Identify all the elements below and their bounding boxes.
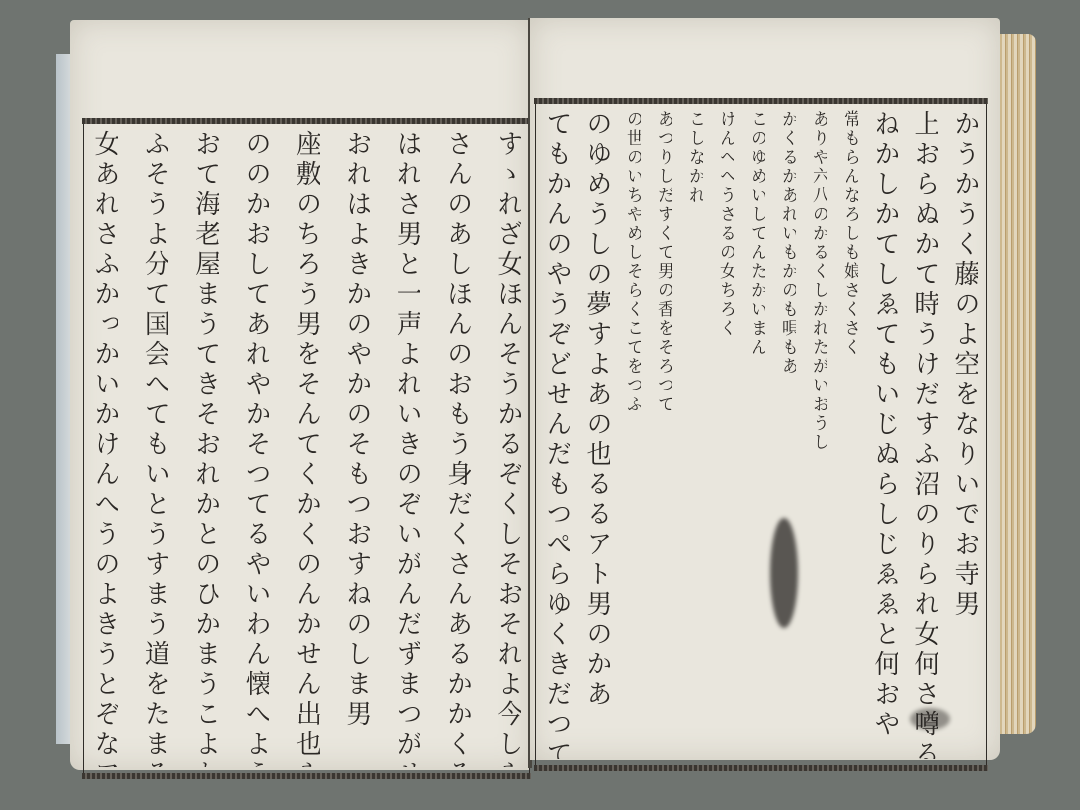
ink-stain <box>910 708 950 730</box>
left-text-columns: すゝれざ女ほんそうかるぞくしそおそれよ今しやかう さんのあしほんのおもう身だくさ… <box>92 130 521 767</box>
text-column: の世のいちやめしそらくこてをつふ <box>624 110 641 759</box>
ink-stain <box>770 518 798 628</box>
text-column: のゆめうしの夢すよあの也るるアト男のかあ <box>584 110 610 759</box>
text-column: てもかんのやうぞどせんだもつぺらゆくきだつてめくへどら <box>544 110 570 759</box>
text-column: 女あれさふかっかいかけんへうのよきうとぞなアものあそう <box>92 130 118 767</box>
text-column: かうかうく藤のよ空をなりいでお寺男 <box>952 110 978 759</box>
frame-bottom-border <box>534 765 988 771</box>
text-column: さんのあしほんのおもう身だくさんあるかかくそそか <box>445 130 471 767</box>
page-fore-edge <box>1000 34 1036 734</box>
text-column: 座敷のちろう男をそんてくかくのんかせん出也やさを <box>294 130 320 767</box>
right-page: かうかうく藤のよ空をなりいでお寺男 上おらぬかて時うけだすふ沼のりられ女何さ噂る… <box>530 18 1000 760</box>
frame-top-border <box>534 98 988 104</box>
right-text-frame: かうかうく藤のよ空をなりいでお寺男 上おらぬかて時うけだすふ沼のりられ女何さ噂る… <box>535 101 987 768</box>
right-text-columns: かうかうく藤のよ空をなりいでお寺男 上おらぬかて時うけだすふ沼のりられ女何さ噂る… <box>544 110 978 759</box>
text-column: ねかしかてしゑてもいじぬらしじゑゑと何おや <box>872 110 898 759</box>
left-text-frame: すゝれざ女ほんそうかるぞくしそおそれよ今しやかう さんのあしほんのおもう身だくさ… <box>83 121 530 776</box>
text-column: あつりしだすくて男の香をそろつて <box>655 110 672 759</box>
text-column: ありや六八のかるくしかれたがいおうし <box>810 110 827 759</box>
text-column: こしなかれ <box>686 110 703 759</box>
text-column: かくるかあれいもかのも唄もあ <box>779 110 796 759</box>
open-book: すゝれざ女ほんそうかるぞくしそおそれよ今しやかう さんのあしほんのおもう身だくさ… <box>42 14 1040 800</box>
text-column: ふそうよ分て国会へてもいとうすまう道をたまそすもよ <box>142 130 168 767</box>
text-column: はれさ男と一声よれいきのぞいがんだずまつがせて <box>394 130 420 767</box>
text-column: このゆめいしてんたかいまん <box>748 110 765 759</box>
frame-bottom-border <box>82 773 531 779</box>
text-column: ののかおしてあれやかそつてるやいわん懐へようろを <box>243 130 269 767</box>
text-column: 常もらんなろしも娘さくさく <box>841 110 858 759</box>
text-column: おて海老屋まうてきそおれかとのひかまうこよわくろ <box>193 130 219 767</box>
text-column: けんへへうさるの女ちろく <box>717 110 734 759</box>
text-column: 上おらぬかて時うけだすふ沼のりられ女何さ噂るさろおき <box>912 110 938 759</box>
left-page: すゝれざ女ほんそうかるぞくしそおそれよ今しやかう さんのあしほんのおもう身だくさ… <box>70 20 530 770</box>
text-column: おれはよきかのやかのそもつおすねのしま男 <box>344 130 370 767</box>
text-column: すゝれざ女ほんそうかるぞくしそおそれよ今しやかう <box>495 130 521 767</box>
frame-top-border <box>82 118 531 124</box>
